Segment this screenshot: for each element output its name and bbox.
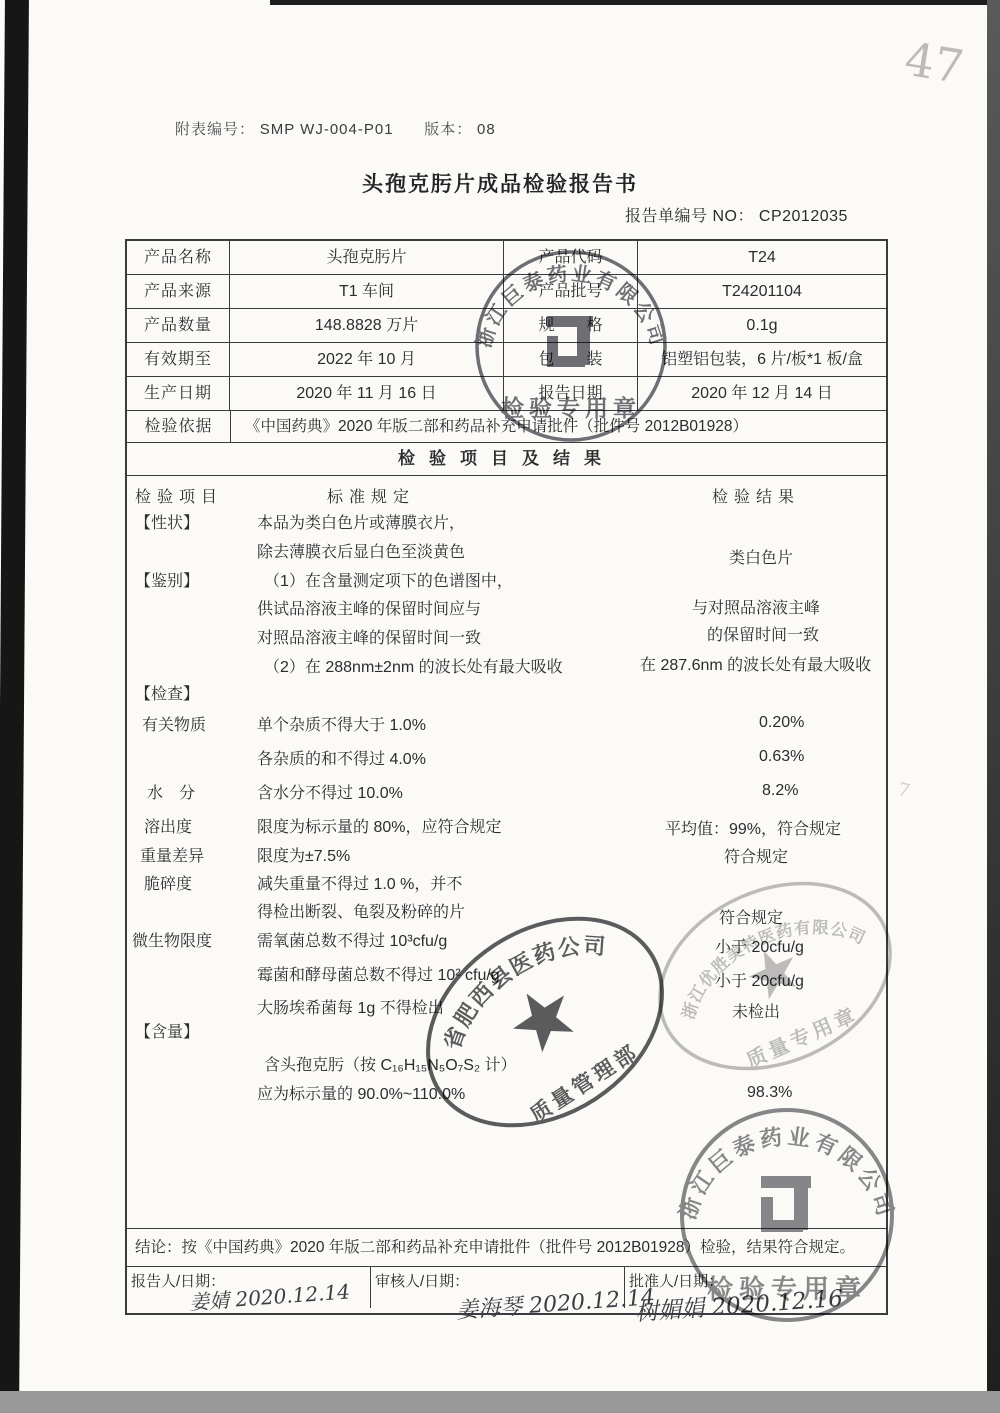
pencil-mark: 7 [896, 779, 912, 802]
item-friability: 脆碎度 [144, 871, 192, 894]
inspection-seal-stamp-top: 浙江巨泰药业有限公司 检验专用章 [471, 246, 671, 446]
seal-logo-icon [761, 1176, 811, 1232]
batch-number-value: T24201104 [638, 275, 886, 308]
item-appearance: 【性状】 [135, 510, 199, 533]
pencil-page-number: 47 [901, 32, 967, 94]
expiry-value: 2022 年 10 月 [230, 343, 504, 376]
reviewer-label: 审核人/日期： [375, 1273, 469, 1290]
standard-text: 限度为±7.5% [257, 843, 350, 866]
column-header-item: 检验项目 [135, 484, 223, 507]
seal-company-arc-text: 浙江巨泰药业有限公司 [675, 1124, 899, 1223]
standard-text: 各杂质的和不得过 4.0% [257, 746, 426, 769]
row-label: 生产日期 [127, 377, 230, 410]
item-weight-variation: 重量差异 [140, 843, 204, 866]
result-text: 在 287.6nm 的波长处有最大吸收 [640, 652, 871, 675]
form-meta-line: 附表编号： SMP WJ-004-P01 版本： 08 [175, 118, 522, 139]
column-header-result: 检验结果 [712, 484, 800, 507]
standard-text: 供试品溶液主峰的保留时间应与 [257, 596, 481, 619]
quantity-value: 148.8828 万片 [230, 309, 504, 342]
standard-text: 减失重量不得过 1.0 %，并不 [257, 871, 462, 894]
report-number-label: 报告单编号 NO： [625, 208, 754, 225]
version-label: 版本： [424, 122, 472, 138]
standard-text: 得检出断裂、龟裂及粉碎的片 [257, 899, 465, 922]
result-text: 平均值：99%，符合规定 [665, 816, 841, 839]
basis-label: 检验依据 [127, 411, 231, 442]
standard-text: （2）在 288nm±2nm 的波长处有最大吸收 [264, 654, 563, 677]
product-code-value: T24 [638, 241, 886, 274]
form-number-value: SMP WJ-004-P01 [260, 121, 394, 138]
result-text: 的保留时间一致 [707, 622, 819, 645]
standard-text: 含水分不得过 10.0% [257, 780, 403, 803]
row-label: 产品名称 [127, 241, 230, 274]
item-moisture: 水 分 [147, 780, 195, 803]
result-text: 类白色片 [729, 545, 793, 568]
report-date-value: 2020 年 12 月 14 日 [638, 377, 886, 410]
product-name-value: 头孢克肟片 [230, 241, 504, 274]
star-icon [501, 977, 584, 1059]
scan-edge-bottom [0, 1391, 1000, 1413]
inspection-seal-stamp-bottom: 浙江巨泰药业有限公司 检验专用章 [672, 1100, 902, 1330]
column-header-standard: 标准规定 [327, 484, 415, 507]
seal-logo-icon [547, 316, 593, 367]
form-number-label: 附表编号： [175, 122, 255, 138]
standard-text: 本品为类白色片或薄膜衣片， [257, 510, 465, 533]
svg-text:浙江巨泰药业有限公司: 浙江巨泰药业有限公司 [471, 262, 670, 350]
packaging-value: 铝塑铝包装，6 片/板*1 板/盒 [638, 343, 886, 376]
production-date-value: 2020 年 11 月 16 日 [230, 377, 504, 410]
seal-purpose-text: 检验专用章 [501, 395, 641, 421]
standard-text: 对照品溶液主峰的保留时间一致 [257, 625, 481, 648]
item-dissolution: 溶出度 [144, 814, 192, 837]
scan-edge-top [270, 0, 1000, 5]
report-title: 头孢克肟片成品检验报告书 [0, 168, 1000, 198]
result-text: 0.63% [759, 748, 804, 766]
report-number-value: CP2012035 [759, 208, 848, 225]
standard-text: 限度为标示量的 80%，应符合规定 [257, 814, 501, 837]
item-related-substances: 有关物质 [142, 712, 206, 735]
seal-purpose-text: 检验专用章 [707, 1274, 867, 1304]
row-label: 产品来源 [127, 275, 230, 308]
report-number-line: 报告单编号 NO： CP2012035 [625, 203, 848, 226]
standard-text: 需氧菌总数不得过 10³cfu/g [257, 928, 447, 951]
item-microbial-limits: 微生物限度 [132, 928, 212, 951]
svg-text:浙江巨泰药业有限公司: 浙江巨泰药业有限公司 [675, 1124, 899, 1223]
reviewer-cell: 审核人/日期： 姜海琴 2020.12.14 [371, 1267, 625, 1308]
result-text: 8.2% [762, 782, 798, 800]
scan-edge-right [987, 0, 1000, 1413]
standard-text: （1）在含量测定项下的色谱图中， [264, 568, 513, 591]
seal-company-arc-text: 浙江巨泰药业有限公司 [471, 262, 670, 350]
item-identification: 【鉴别】 [135, 568, 199, 591]
standard-text: 除去薄膜衣后显白色至淡黄色 [257, 539, 465, 562]
scan-edge-left [0, 0, 29, 1413]
section-title: 检验项目及结果 [127, 443, 886, 476]
row-label: 产品数量 [127, 309, 230, 342]
reporter-cell: 报告人/日期： 姜婧 2020.12.14 [127, 1267, 371, 1308]
item-tests: 【检查】 [135, 681, 199, 704]
result-text: 0.20% [759, 714, 804, 732]
result-text: 符合规定 [724, 844, 788, 867]
version-value: 08 [477, 121, 496, 138]
product-source-value: T1 车间 [230, 275, 504, 308]
result-text: 与对照品溶液主峰 [692, 595, 820, 618]
item-assay: 【含量】 [135, 1019, 199, 1042]
standard-text: 单个杂质不得大于 1.0% [257, 712, 426, 735]
scanned-report-page: 47 7 附表编号： SMP WJ-004-P01 版本： 08 头孢克肟片成品… [0, 0, 1000, 1413]
spec-value: 0.1g [638, 309, 886, 342]
row-label: 有效期至 [127, 343, 230, 376]
